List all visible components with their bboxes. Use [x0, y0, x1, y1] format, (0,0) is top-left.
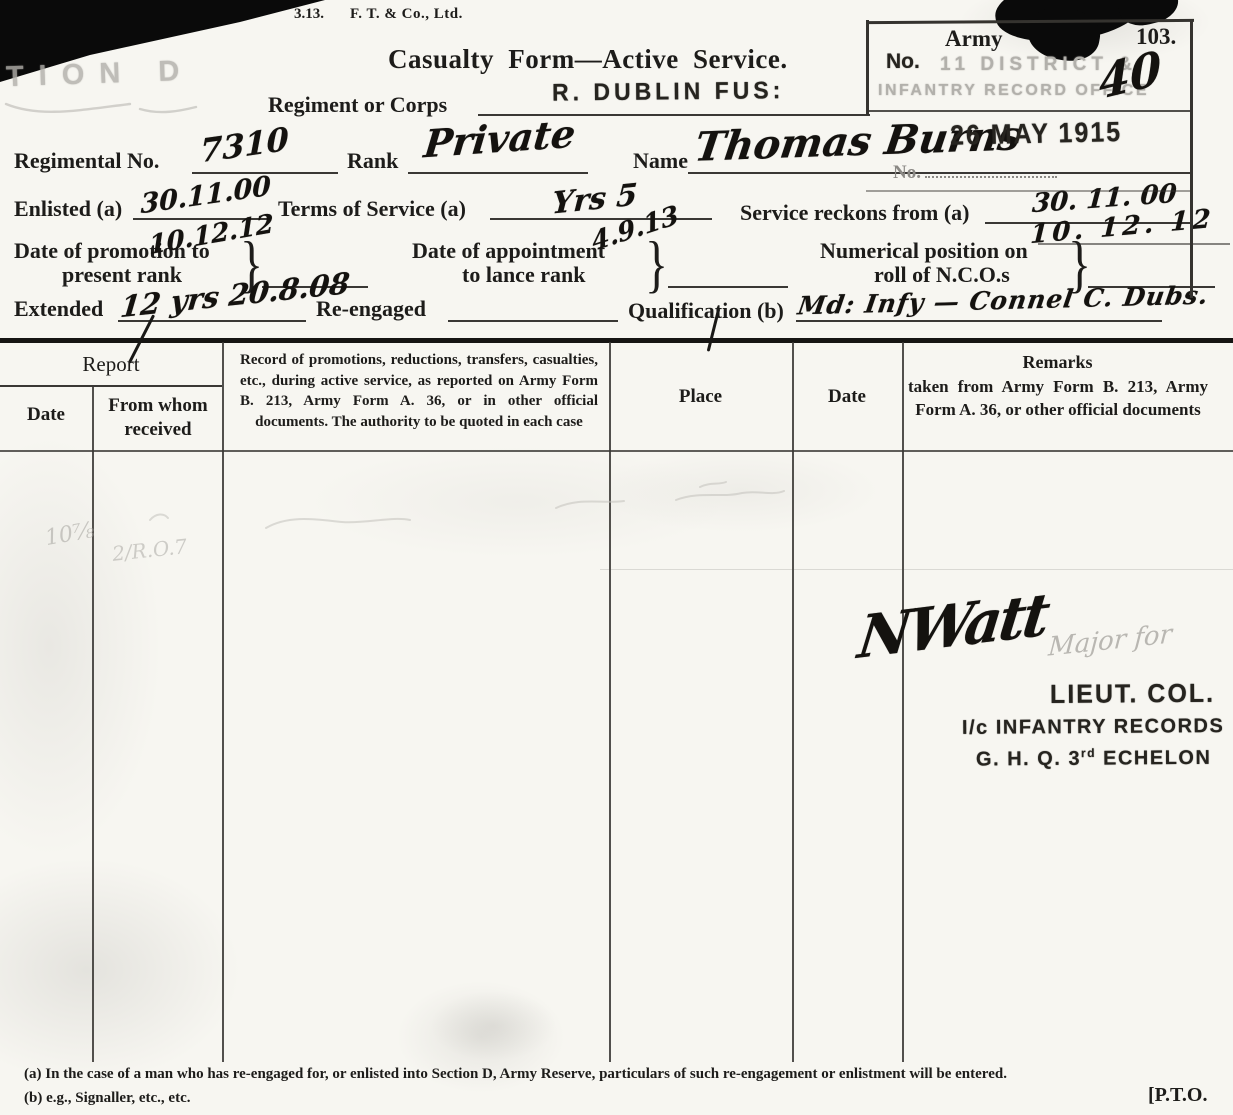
- qualification-label: Qualification (b): [628, 298, 784, 324]
- col-header-remarks-title: Remarks: [905, 352, 1210, 373]
- signature: NWatt: [854, 580, 1050, 673]
- extended-label: Extended: [14, 296, 103, 322]
- casualty-form-document: 3.13. F. T. & Co., Ltd. TION D Casualty …: [0, 0, 1233, 1115]
- army-form-word-army: Army: [945, 26, 1002, 52]
- office-stamp: I/c INFANTRY RECORDS: [962, 715, 1224, 740]
- service-reckons-line2: [1038, 243, 1230, 245]
- scan-artifact-line: [600, 569, 1233, 570]
- report-underline: [0, 385, 222, 387]
- terms-value: Yrs 5: [551, 177, 638, 221]
- col-header-record: Record of promotions, reductions, transf…: [240, 350, 598, 433]
- table-vline-date-fromwhom: [92, 386, 94, 1062]
- regiment-label: Regiment or Corps: [268, 92, 447, 118]
- col-header-date: Date: [0, 404, 92, 426]
- date-received-stamp: 26 MAY 1915: [950, 116, 1123, 152]
- army-form-box-left: [866, 20, 869, 115]
- promotion-label-line2: present rank: [62, 262, 182, 288]
- appointment-label-line1: Date of appointment: [412, 238, 605, 264]
- report-header: Report: [0, 352, 222, 377]
- ghq-stamp-ordinal: rd: [1081, 746, 1096, 760]
- numerical-label-line2: roll of N.C.O.s: [874, 262, 1010, 288]
- ghq-stamp: G. H. Q. 3rd ECHELON: [976, 745, 1212, 771]
- printer-code: 3.13.: [294, 6, 324, 23]
- name-label: Name: [633, 148, 688, 174]
- no-dotted-label: No.: [893, 162, 921, 183]
- no-dotted-line: [925, 162, 1057, 178]
- table-header-bottom-line: [0, 450, 1233, 452]
- no-dotted-row: No.: [893, 162, 1057, 184]
- numerical-label-line1: Numerical position on: [820, 238, 1028, 264]
- army-form-box-right: [1190, 20, 1193, 298]
- rank-label: Rank: [347, 148, 398, 174]
- section-divider-rule: [0, 338, 1233, 343]
- service-reckons-label: Service reckons from (a): [740, 200, 970, 226]
- army-form-box-midline: [866, 110, 1192, 112]
- appointment-line: [668, 286, 788, 288]
- appointment-brace: }: [645, 232, 668, 296]
- pto-marker: [P.T.O.: [1148, 1084, 1207, 1107]
- regimental-no-value: 7310: [200, 120, 288, 171]
- enlisted-label: Enlisted (a): [14, 196, 122, 222]
- footnote-a: (a) In the case of a man who has re-enga…: [24, 1066, 1209, 1083]
- regimental-no-label: Regimental No.: [14, 148, 159, 174]
- pencil-from-whom-note: 2/R.O.7: [111, 534, 188, 566]
- record-office-no-label: No.: [886, 50, 920, 74]
- appointment-label-line2: to lance rank: [462, 262, 585, 288]
- regiment-stamp: R. DUBLIN FUS:: [552, 76, 785, 107]
- footnote-b: (b) e.g., Signaller, etc., etc.: [24, 1090, 191, 1107]
- qualification-value: Md: Infy — Connel C. Dubs.: [796, 281, 1211, 321]
- army-form-box-bottomline: [866, 190, 1192, 192]
- rank-value: Private: [422, 110, 578, 166]
- col-header-remarks-text: taken from Army Form B. 213, Army Form A…: [908, 376, 1208, 422]
- ghq-stamp-text: G. H. Q. 3: [976, 748, 1081, 771]
- col-header-from-whom: From whom received: [96, 394, 220, 442]
- rank-line: [408, 172, 588, 174]
- handwritten-number: 40: [1098, 40, 1162, 111]
- ghq-stamp-text2: ECHELON: [1096, 747, 1211, 770]
- extended-line: [118, 320, 306, 322]
- qualification-line: [796, 320, 1162, 322]
- form-title: Casualty Form—Active Service.: [388, 44, 788, 75]
- reengaged-label: Re-engaged: [316, 296, 426, 322]
- pencil-date-note: 10⅞: [43, 518, 96, 551]
- reengaged-line: [448, 320, 618, 322]
- signature-pencil-note: Major for: [1047, 619, 1173, 662]
- terms-label: Terms of Service (a): [278, 196, 466, 222]
- col-header-place: Place: [609, 386, 792, 408]
- section-d-stamp: TION D: [5, 55, 194, 95]
- col-header-date2: Date: [792, 386, 902, 408]
- rank-stamp: LIEUT. COL.: [1050, 679, 1215, 711]
- printer-name: F. T. & Co., Ltd.: [350, 6, 463, 23]
